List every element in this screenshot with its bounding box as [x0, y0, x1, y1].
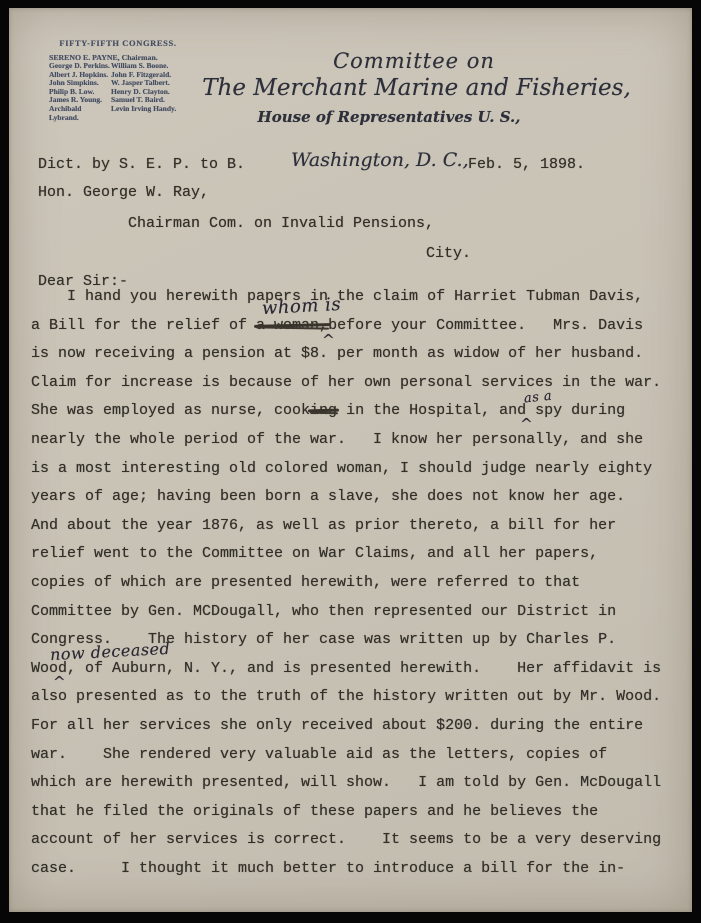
typed-text: copies of which are presented herewith, … — [31, 574, 580, 591]
typed-text: war. She rendered very valuable aid as t… — [31, 746, 607, 763]
body-line: I hand you herewith papers in the claim … — [31, 283, 661, 312]
body-line: years of age; having been born a slave, … — [31, 483, 661, 512]
typed-text: She was employed as nurse, cook — [31, 402, 310, 419]
congress-title: FIFTY-FIFTH CONGRESS. — [39, 38, 197, 48]
body-line: that he filed the originals of these pap… — [31, 798, 661, 827]
masthead-line-3: House of Representatives U. S., — [169, 108, 609, 126]
typed-text: which are herewith presented, will show.… — [31, 774, 661, 791]
body-line: Committee by Gen. MCDougall, who then re… — [31, 598, 661, 627]
typed-text: that he filed the originals of these pap… — [31, 803, 598, 820]
handwriting-text: now deceased — [49, 635, 171, 670]
typed-text: Committee by Gen. MCDougall, who then re… — [31, 603, 616, 620]
body-line: For all her services she only received a… — [31, 712, 661, 741]
body-line: case. I thought it much better to introd… — [31, 855, 661, 884]
masthead-line-1: Committee on — [254, 49, 574, 73]
strikethrough-text: ing — [310, 397, 337, 426]
handwriting-text: whom is — [261, 291, 342, 324]
typed-text: case. I thought it much better to introd… — [31, 860, 625, 877]
letter-date: Feb. 5, 1898. — [468, 156, 585, 173]
addressee-city: City. — [426, 245, 471, 262]
typed-text: is now receiving a pension at $8. per mo… — [31, 345, 643, 362]
letter-body: I hand you herewith papers in the claim … — [31, 283, 661, 883]
typed-text: And about the year 1876, as well as prio… — [31, 517, 616, 534]
typed-text: years of age; having been born a slave, … — [31, 488, 625, 505]
typed-text: nearly the whole period of the war. I kn… — [31, 431, 643, 448]
typed-text: account of her services is correct. It s… — [31, 831, 661, 848]
body-line: relief went to the Committee on War Clai… — [31, 540, 661, 569]
typed-text: in the Hospital, and — [337, 402, 526, 419]
body-line: nearly the whole period of the war. I kn… — [31, 426, 661, 455]
scan-frame: FIFTY-FIFTH CONGRESS. SERENO E. PAYNE, C… — [0, 0, 701, 923]
typed-text: is a most interesting old colored woman,… — [31, 460, 652, 477]
body-line: a Bill for the relief of a woman,whom is… — [31, 312, 661, 341]
member-name: Levin Irving Handy. — [111, 105, 176, 122]
caret-mark: ^ — [322, 326, 335, 355]
masthead-place: Washington, D. C., — [291, 149, 469, 171]
body-line: Claim for increase is because of her own… — [31, 369, 661, 398]
caret-mark: ^ — [53, 668, 66, 697]
body-line: account of her services is correct. It s… — [31, 826, 661, 855]
body-line: is now receiving a pension at $8. per mo… — [31, 340, 661, 369]
member-name: Archibald Lybrand. — [49, 105, 111, 122]
body-line: copies of which are presented herewith, … — [31, 569, 661, 598]
typed-text: relief went to the Committee on War Clai… — [31, 545, 598, 562]
dictation-note: Dict. by S. E. P. to B. — [38, 156, 245, 173]
masthead-line-2: The Merchant Marine and Fisheries, — [159, 75, 674, 101]
typed-text: For all her services she only received a… — [31, 717, 643, 734]
body-line: And about the year 1876, as well as prio… — [31, 512, 661, 541]
addressee-name: Hon. George W. Ray, — [38, 184, 209, 201]
typed-text: also presented as to the truth of the hi… — [31, 688, 661, 705]
body-line: is a most interesting old colored woman,… — [31, 455, 661, 484]
body-line: also presented as to the truth of the hi… — [31, 683, 661, 712]
typed-text: a Bill for the relief of — [31, 317, 256, 334]
body-line: which are herewith presented, will show.… — [31, 769, 661, 798]
body-line: She was employed as nurse, cooking in th… — [31, 397, 661, 426]
typed-text: Claim for increase is because of her own… — [31, 374, 661, 391]
caret-mark: ^ — [520, 410, 533, 439]
body-line: Wood,now deceased^ of Auburn, N. Y., and… — [31, 655, 661, 684]
letter-page: FIFTY-FIFTH CONGRESS. SERENO E. PAYNE, C… — [9, 8, 692, 912]
typed-text: before your Committee. Mrs. Davis — [328, 317, 643, 334]
addressee-title: Chairman Com. on Invalid Pensions, — [128, 215, 434, 232]
body-line: war. She rendered very valuable aid as t… — [31, 741, 661, 770]
